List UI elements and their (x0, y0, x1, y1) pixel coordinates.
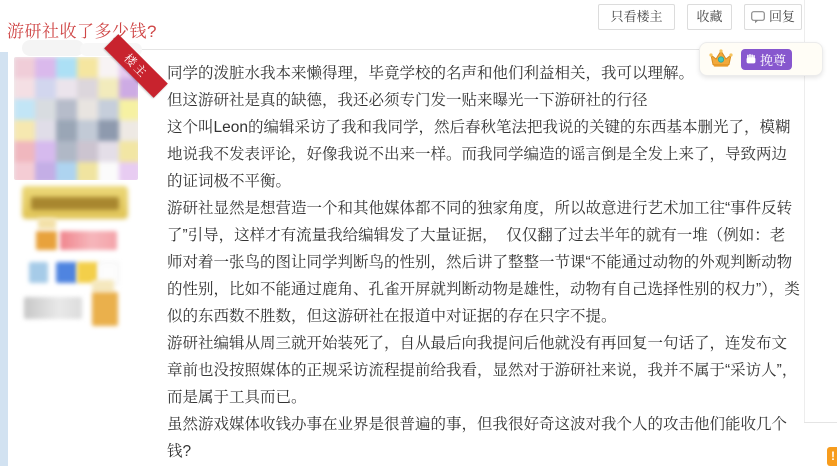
censored-user-badge-tail (38, 218, 56, 229)
censored-signature (92, 280, 114, 292)
post-paragraph: 这个叫Leon的编辑采访了我和我同学，然后春秋笔法把我说的关键的东西基本删光了，… (167, 114, 800, 195)
post-paragraph: 虽然游戏媒体收钱办事在业界是很普遍的事，但我很好奇这波对我个人的攻击他们能收几个… (167, 411, 800, 465)
censored-user-badge (22, 186, 128, 219)
post-body: 同学的泼脏水我本来懒得理，毕竟学校的名声和他们利益相关，我可以理解。 但这游研社… (167, 60, 800, 465)
post-paragraph: 但这游研社是真的缺德，我还必须专门发一贴来曝光一下游研社的行径 (167, 87, 800, 114)
page-title: 游研社收了多少钱? (7, 17, 157, 42)
corner-alert-button[interactable]: ! (827, 447, 837, 466)
favorite-button[interactable]: 收藏 (687, 4, 732, 30)
reply-label: 回复 (769, 5, 795, 29)
censored-user-info-row (36, 231, 57, 250)
censored-signature (92, 292, 118, 326)
sidebar-strip (0, 52, 8, 466)
fist-icon (745, 53, 757, 65)
post-paragraph: 游研社编辑从周三就开始装死了，自从最后向我提问后他就没有再回复一句话了，连发布文… (167, 330, 800, 411)
speech-bubble-icon (751, 11, 765, 24)
cloud-decoration (22, 40, 84, 56)
reply-button[interactable]: 回复 (744, 4, 802, 30)
only-author-button[interactable]: 只看楼主 (598, 4, 675, 30)
author-avatar[interactable] (14, 57, 138, 180)
post-paragraph: 游研社显然是想营造一个和其他媒体都不同的独家角度，所以故意进行艺术加工往“事件反… (167, 195, 800, 330)
wanzun-badge[interactable]: 挽尊 (741, 49, 792, 70)
censored-app-icons (56, 262, 77, 283)
wanzun-label: 挽尊 (760, 50, 786, 69)
badge-panel: 挽尊 (699, 42, 823, 76)
favorite-label: 收藏 (696, 5, 722, 29)
censored-signature (24, 297, 82, 319)
censored-app-icons (29, 262, 48, 283)
crown-icon[interactable] (708, 48, 734, 70)
right-panel-divider (804, 422, 837, 423)
only-author-label: 只看楼主 (610, 5, 662, 29)
censored-user-info-row (60, 231, 117, 250)
